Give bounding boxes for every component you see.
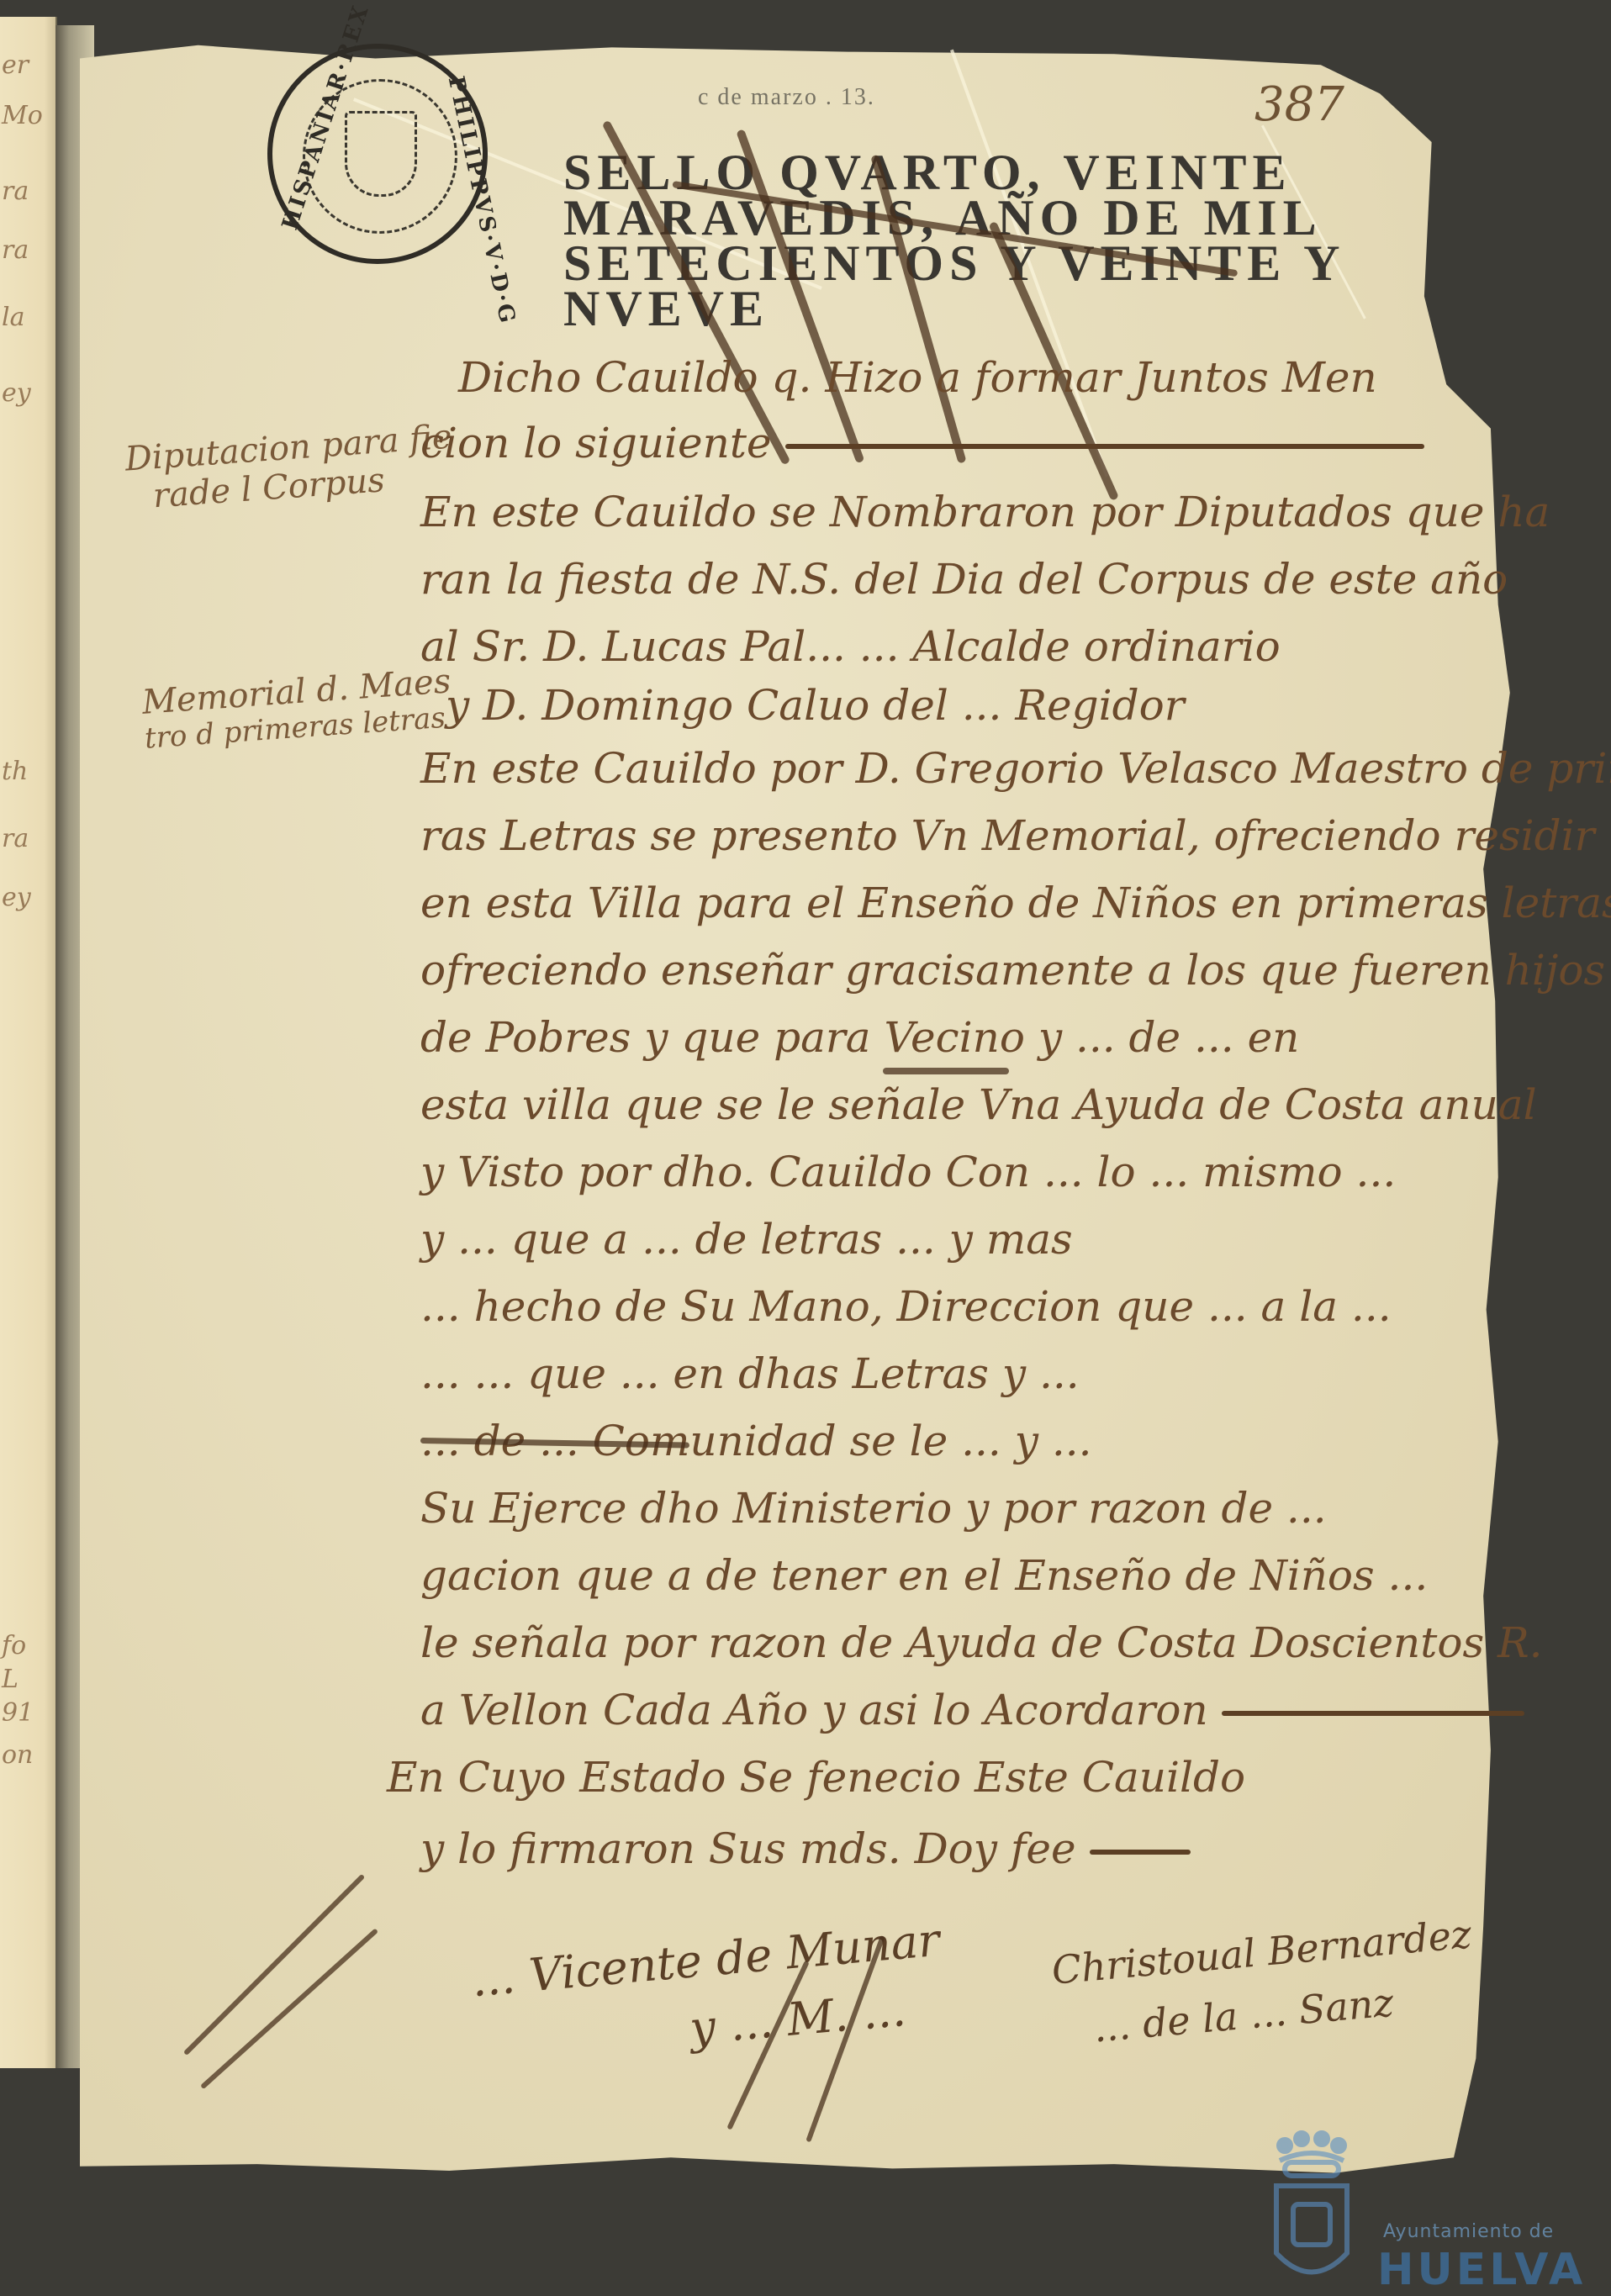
body-line: y ... que a ... de letras ... y mas xyxy=(420,1215,1073,1264)
facing-page-fragment: ra xyxy=(2,235,29,265)
body-line: En Cuyo Estado Se fenecio Este Cauildo xyxy=(387,1753,1245,1802)
line-filler-dash xyxy=(1090,1850,1191,1855)
facing-page-strip: er Mo ra ra la ey th ra ey fo L 91 on xyxy=(0,17,57,2068)
body-line: esta villa que se le señale Vna Ayuda de… xyxy=(420,1080,1537,1129)
huelva-coat-of-arms-icon xyxy=(1270,2127,1354,2287)
body-line: cion lo siguiente xyxy=(420,419,1424,467)
body-line: Dicho Cauildo q. Hizo a formar Juntos Me… xyxy=(458,353,1377,402)
facing-page-fragment: ra xyxy=(2,824,29,853)
line-filler-dash xyxy=(785,444,1424,449)
facing-page-fragment: la xyxy=(2,303,24,332)
body-line: y D. Domingo Caluo del ... Regidor xyxy=(446,681,1185,730)
facing-page-fragment: ey xyxy=(2,883,31,912)
facing-page-fragment: th xyxy=(2,757,28,786)
body-line-text: a Vellon Cada Año y asi lo Acordaron xyxy=(420,1686,1208,1734)
stamped-paper-header: SELLO QVARTO, VEINTE MARAVEDIS, AÑO DE M… xyxy=(563,150,1345,331)
body-line: ... ... que ... en dhas Letras y ... xyxy=(420,1349,1080,1398)
body-line: En este Cauildo se Nombraron por Diputad… xyxy=(420,488,1550,536)
watermark-line2: HUELVA xyxy=(1377,2245,1586,2295)
body-line: ran la fiesta de N.S. del Dia del Corpus… xyxy=(420,555,1508,604)
archive-watermark: Ayuntamiento de HUELVA xyxy=(1270,2127,1556,2295)
body-line: y Visto por dho. Cauildo Con ... lo ... … xyxy=(420,1148,1396,1196)
body-line: y lo firmaron Sus mds. Doy fee xyxy=(420,1824,1191,1873)
body-line-text: cion lo siguiente xyxy=(420,419,772,467)
ink-underline xyxy=(883,1068,1009,1074)
body-line: Su Ejerce dho Ministerio y por razon de … xyxy=(420,1484,1327,1533)
body-line: de Pobres y que para Vecino y ... de ...… xyxy=(420,1013,1299,1062)
body-line: En este Cauildo por D. Gregorio Velasco … xyxy=(420,744,1611,793)
facing-page-fragment: on xyxy=(2,1740,33,1770)
seal-shield-icon xyxy=(345,111,417,197)
facing-page-fragment: L xyxy=(2,1665,18,1694)
body-line: ofreciendo enseñar gracisamente a los qu… xyxy=(420,946,1605,995)
facing-page-fragment: Mo xyxy=(2,101,43,130)
facing-page-fragment: ey xyxy=(2,378,31,408)
body-line: le señala por razon de Ayuda de Costa Do… xyxy=(420,1618,1543,1667)
royal-seal-icon: HISPANIAR·REX PHILIPPVS·V·D·G xyxy=(267,44,488,264)
body-line: ... hecho de Su Mano, Direccion que ... … xyxy=(420,1282,1392,1331)
body-line: ras Letras se presento Vn Memorial, ofre… xyxy=(420,811,1595,860)
facing-page-fragment: 91 xyxy=(2,1698,34,1728)
facing-page-fragment: ra xyxy=(2,177,29,206)
body-line: en esta Villa para el Enseño de Niños en… xyxy=(420,879,1611,927)
watermark-line1: Ayuntamiento de xyxy=(1383,2221,1554,2242)
stamp-line: MARAVEDIS, AÑO DE MIL xyxy=(563,195,1345,240)
facing-page-fragment: fo xyxy=(2,1631,26,1660)
body-line: gacion que a de tener en el Enseño de Ni… xyxy=(420,1551,1428,1600)
facing-page-fragment: er xyxy=(2,50,29,80)
body-line: al Sr. D. Lucas Pal... ... Alcalde ordin… xyxy=(420,622,1281,671)
body-line: a Vellon Cada Año y asi lo Acordaron xyxy=(420,1686,1524,1734)
folio-number: 387 xyxy=(1254,77,1344,132)
stamp-line: NVEVE xyxy=(563,286,1345,331)
stamp-date-line: c de marzo . 13. xyxy=(698,84,875,111)
body-line-text: y lo firmaron Sus mds. Doy fee xyxy=(420,1824,1076,1873)
line-filler-dash xyxy=(1222,1711,1524,1716)
